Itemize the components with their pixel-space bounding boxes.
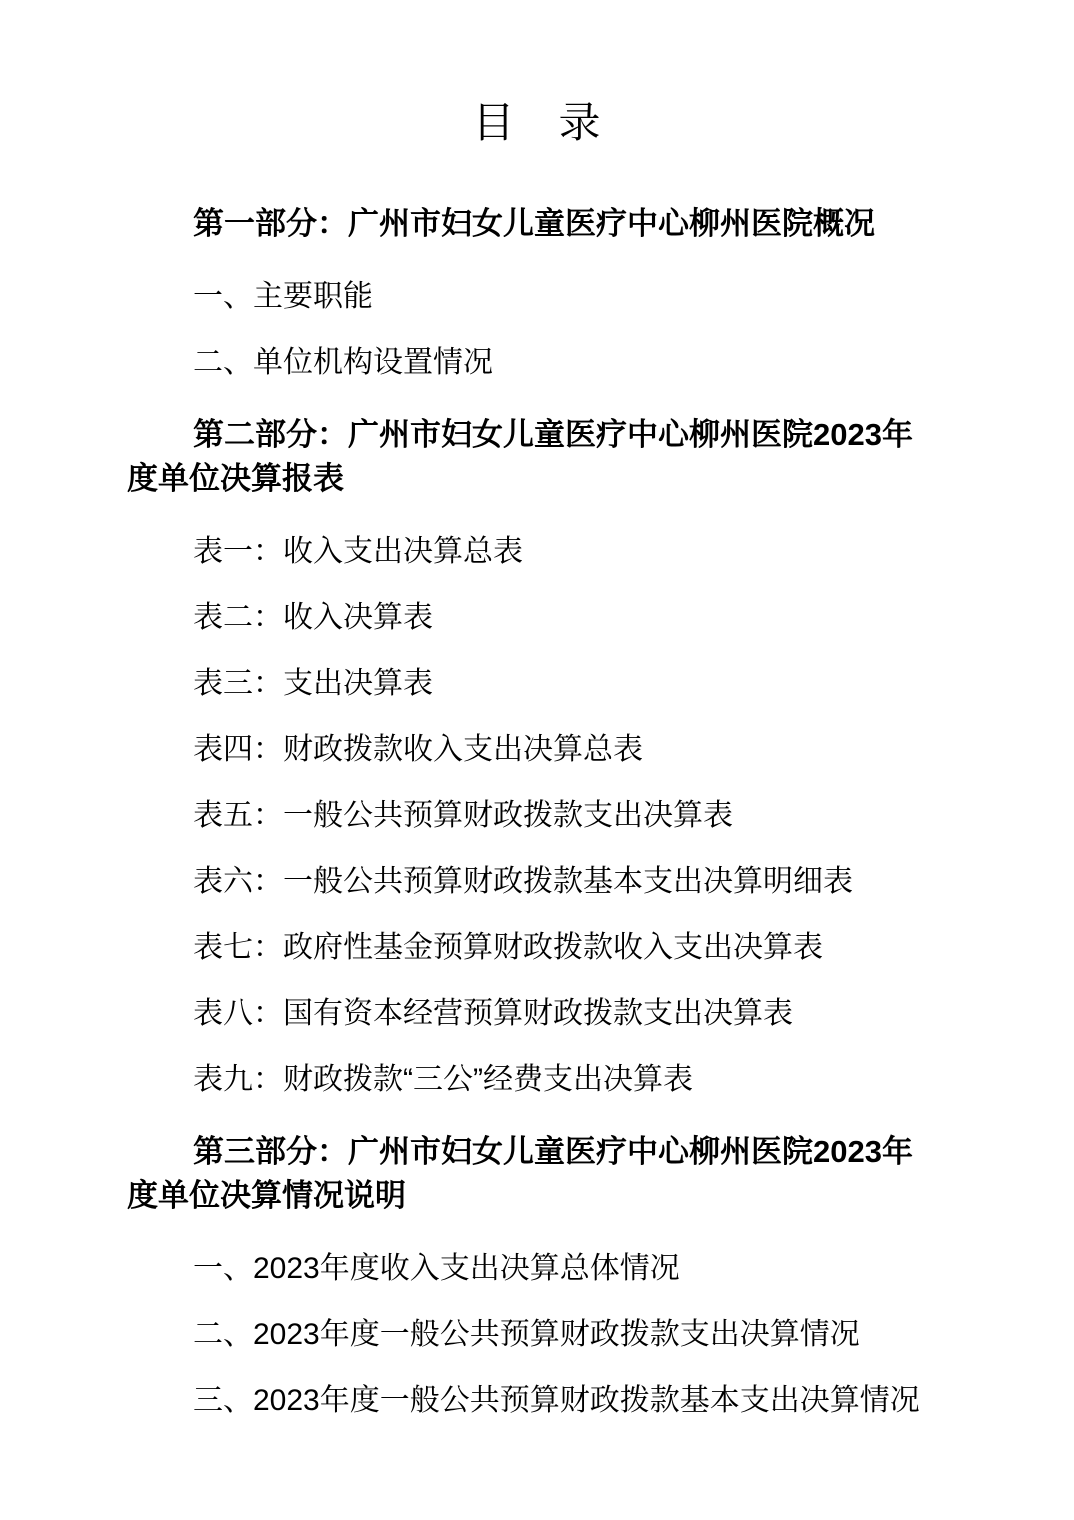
document-page: 目 录 第一部分：广州市妇女儿童医疗中心柳州医院概况一、主要职能二、单位机构设置…: [0, 0, 1074, 1520]
toc-item: 三、2023年度一般公共预算财政拨款基本支出决算情况: [127, 1379, 947, 1423]
toc-item: 表一：收入支出决算总表: [127, 530, 947, 574]
toc-item: 二、2023年度一般公共预算财政拨款支出决算情况: [127, 1313, 947, 1357]
toc-item: 二、单位机构设置情况: [127, 341, 947, 385]
toc-page-title: 目 录: [127, 98, 947, 148]
toc-item: 表九：财政拨款“三公”经费支出决算表: [127, 1058, 947, 1102]
toc-section-heading: 第一部分：广州市妇女儿童医疗中心柳州医院概况: [127, 202, 947, 246]
toc-item: 表七：政府性基金预算财政拨款收入支出决算表: [127, 926, 947, 970]
toc-item: 一、2023年度收入支出决算总体情况: [127, 1247, 947, 1291]
toc-item: 表二：收入决算表: [127, 596, 947, 640]
toc-item: 表六：一般公共预算财政拨款基本支出决算明细表: [127, 860, 947, 904]
toc-section-heading: 第二部分：广州市妇女儿童医疗中心柳州医院2023年 度单位决算报表: [127, 413, 947, 501]
toc-item: 表八：国有资本经营预算财政拨款支出决算表: [127, 992, 947, 1036]
toc-section-heading: 第三部分：广州市妇女儿童医疗中心柳州医院2023年 度单位决算情况说明: [127, 1130, 947, 1218]
toc-list: 第一部分：广州市妇女儿童医疗中心柳州医院概况一、主要职能二、单位机构设置情况第二…: [127, 202, 947, 1423]
toc-item: 表五：一般公共预算财政拨款支出决算表: [127, 794, 947, 838]
toc-item: 表四：财政拨款收入支出决算总表: [127, 728, 947, 772]
toc-item: 表三：支出决算表: [127, 662, 947, 706]
toc-item: 一、主要职能: [127, 275, 947, 319]
